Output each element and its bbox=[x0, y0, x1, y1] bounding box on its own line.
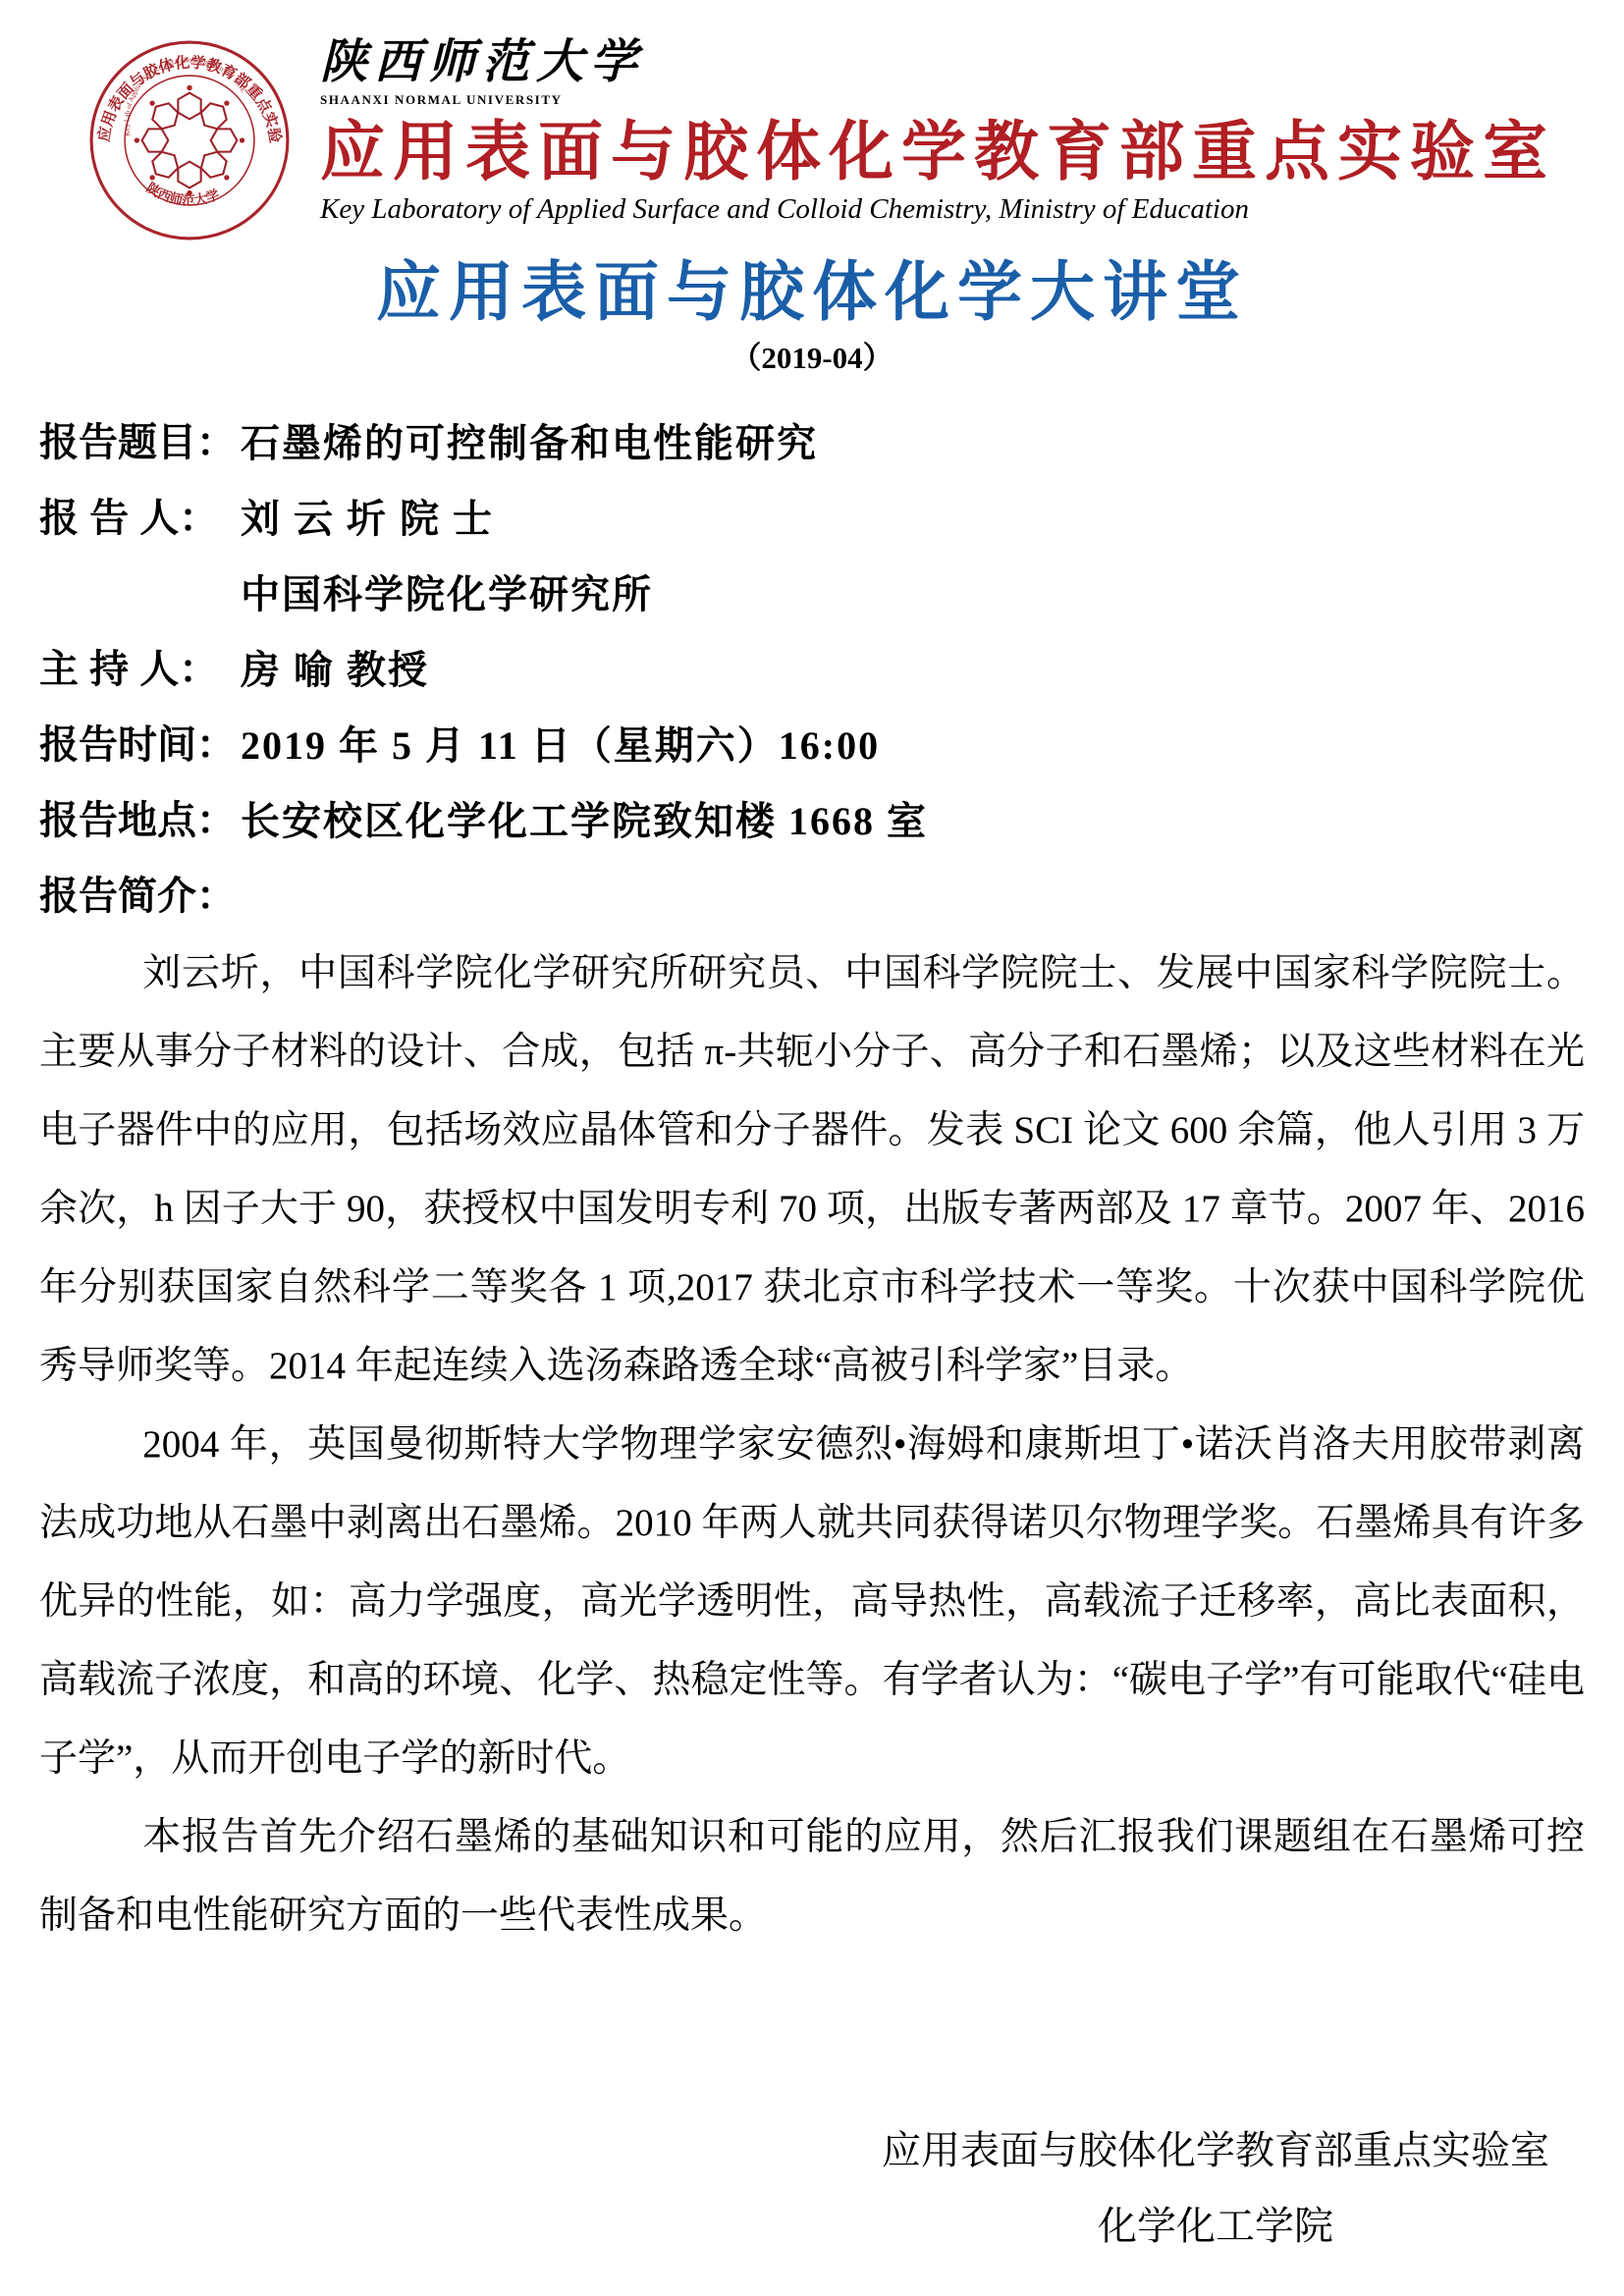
info-label: 报告时间： bbox=[39, 708, 241, 783]
footer-signature: 应用表面与胶体化学教育部重点实验室 化学化工学院 bbox=[882, 2112, 1549, 2264]
seminar-info-section: 报告题目： 石墨烯的可控制备和电性能研究 报 告 人： 刘 云 圻 院 士 中国… bbox=[39, 405, 1585, 934]
info-row-time: 报告时间： 2019 年 5 月 11 日（星期六）16:00 bbox=[39, 708, 1585, 783]
issue-number: （2019-04） bbox=[39, 337, 1585, 379]
university-name-calligraphy: 陕西师范大学 bbox=[320, 37, 1555, 89]
info-value: 中国科学院化学研究所 bbox=[241, 557, 653, 632]
info-row-speaker: 报 告 人： 刘 云 圻 院 士 bbox=[39, 481, 1585, 557]
info-row-speaker-affiliation: 中国科学院化学研究所 bbox=[39, 557, 1585, 632]
info-row-location: 报告地点： 长安校区化学化工学院致知楼 1668 室 bbox=[39, 783, 1585, 859]
abstract-paragraph-graphene-background: 2004 年，英国曼彻斯特大学物理学家安德烈•海姆和康斯坦丁•诺沃肖洛夫用胶带剥… bbox=[39, 1406, 1585, 1798]
abstract-paragraph-talk-outline: 本报告首先介绍石墨烯的基础知识和可能的应用，然后汇报我们课题组在石墨烯可控制备和… bbox=[39, 1798, 1585, 1955]
university-lab-logo: 应用表面与胶体化学教育部重点实验室 Key Lab of Applied Sur… bbox=[88, 39, 291, 241]
info-label: 主 持 人： bbox=[39, 632, 241, 708]
header: 应用表面与胶体化学教育部重点实验室 Key Lab of Applied Sur… bbox=[39, 37, 1585, 241]
info-label: 报告简介： bbox=[39, 859, 241, 934]
lab-title-chinese: 应用表面与胶体化学教育部重点实验室 bbox=[320, 116, 1555, 188]
info-value: 刘 云 圻 院 士 bbox=[241, 481, 494, 557]
header-text-block: 陕西师范大学 SHAANXI NORMAL UNIVERSITY 应用表面与胶体… bbox=[320, 37, 1555, 226]
footer-lab-name: 应用表面与胶体化学教育部重点实验室 bbox=[882, 2112, 1549, 2188]
seminar-announcement-page: 应用表面与胶体化学教育部重点实验室 Key Lab of Applied Sur… bbox=[0, 0, 1624, 2296]
logo-outer-ring bbox=[91, 42, 288, 239]
info-label: 报告地点： bbox=[39, 783, 241, 859]
lab-title-english: Key Laboratory of Applied Surface and Co… bbox=[320, 193, 1555, 226]
lecture-series-title: 应用表面与胶体化学大讲堂 bbox=[39, 253, 1585, 331]
info-value: 石墨烯的可控制备和电性能研究 bbox=[241, 405, 818, 481]
info-row-host: 主 持 人： 房 喻 教授 bbox=[39, 632, 1585, 708]
abstract-paragraph-bio: 刘云圻，中国科学院化学研究所研究员、中国科学院院士、发展中国家科学院院士。主要从… bbox=[39, 934, 1585, 1406]
footer-school-name: 化学化工学院 bbox=[882, 2188, 1549, 2264]
university-name-english: SHAANXI NORMAL UNIVERSITY bbox=[320, 92, 1555, 108]
info-row-abstract-heading: 报告简介： bbox=[39, 859, 1585, 934]
info-label: 报 告 人： bbox=[39, 481, 241, 557]
info-value: 长安校区化学化工学院致知楼 1668 室 bbox=[241, 783, 928, 859]
info-value: 2019 年 5 月 11 日（星期六）16:00 bbox=[241, 708, 880, 783]
info-label bbox=[39, 557, 241, 632]
abstract-section: 刘云圻，中国科学院化学研究所研究员、中国科学院院士、发展中国家科学院院士。主要从… bbox=[39, 934, 1585, 1955]
info-label: 报告题目： bbox=[39, 405, 241, 481]
info-row-topic: 报告题目： 石墨烯的可控制备和电性能研究 bbox=[39, 405, 1585, 481]
info-value: 房 喻 教授 bbox=[241, 632, 429, 708]
